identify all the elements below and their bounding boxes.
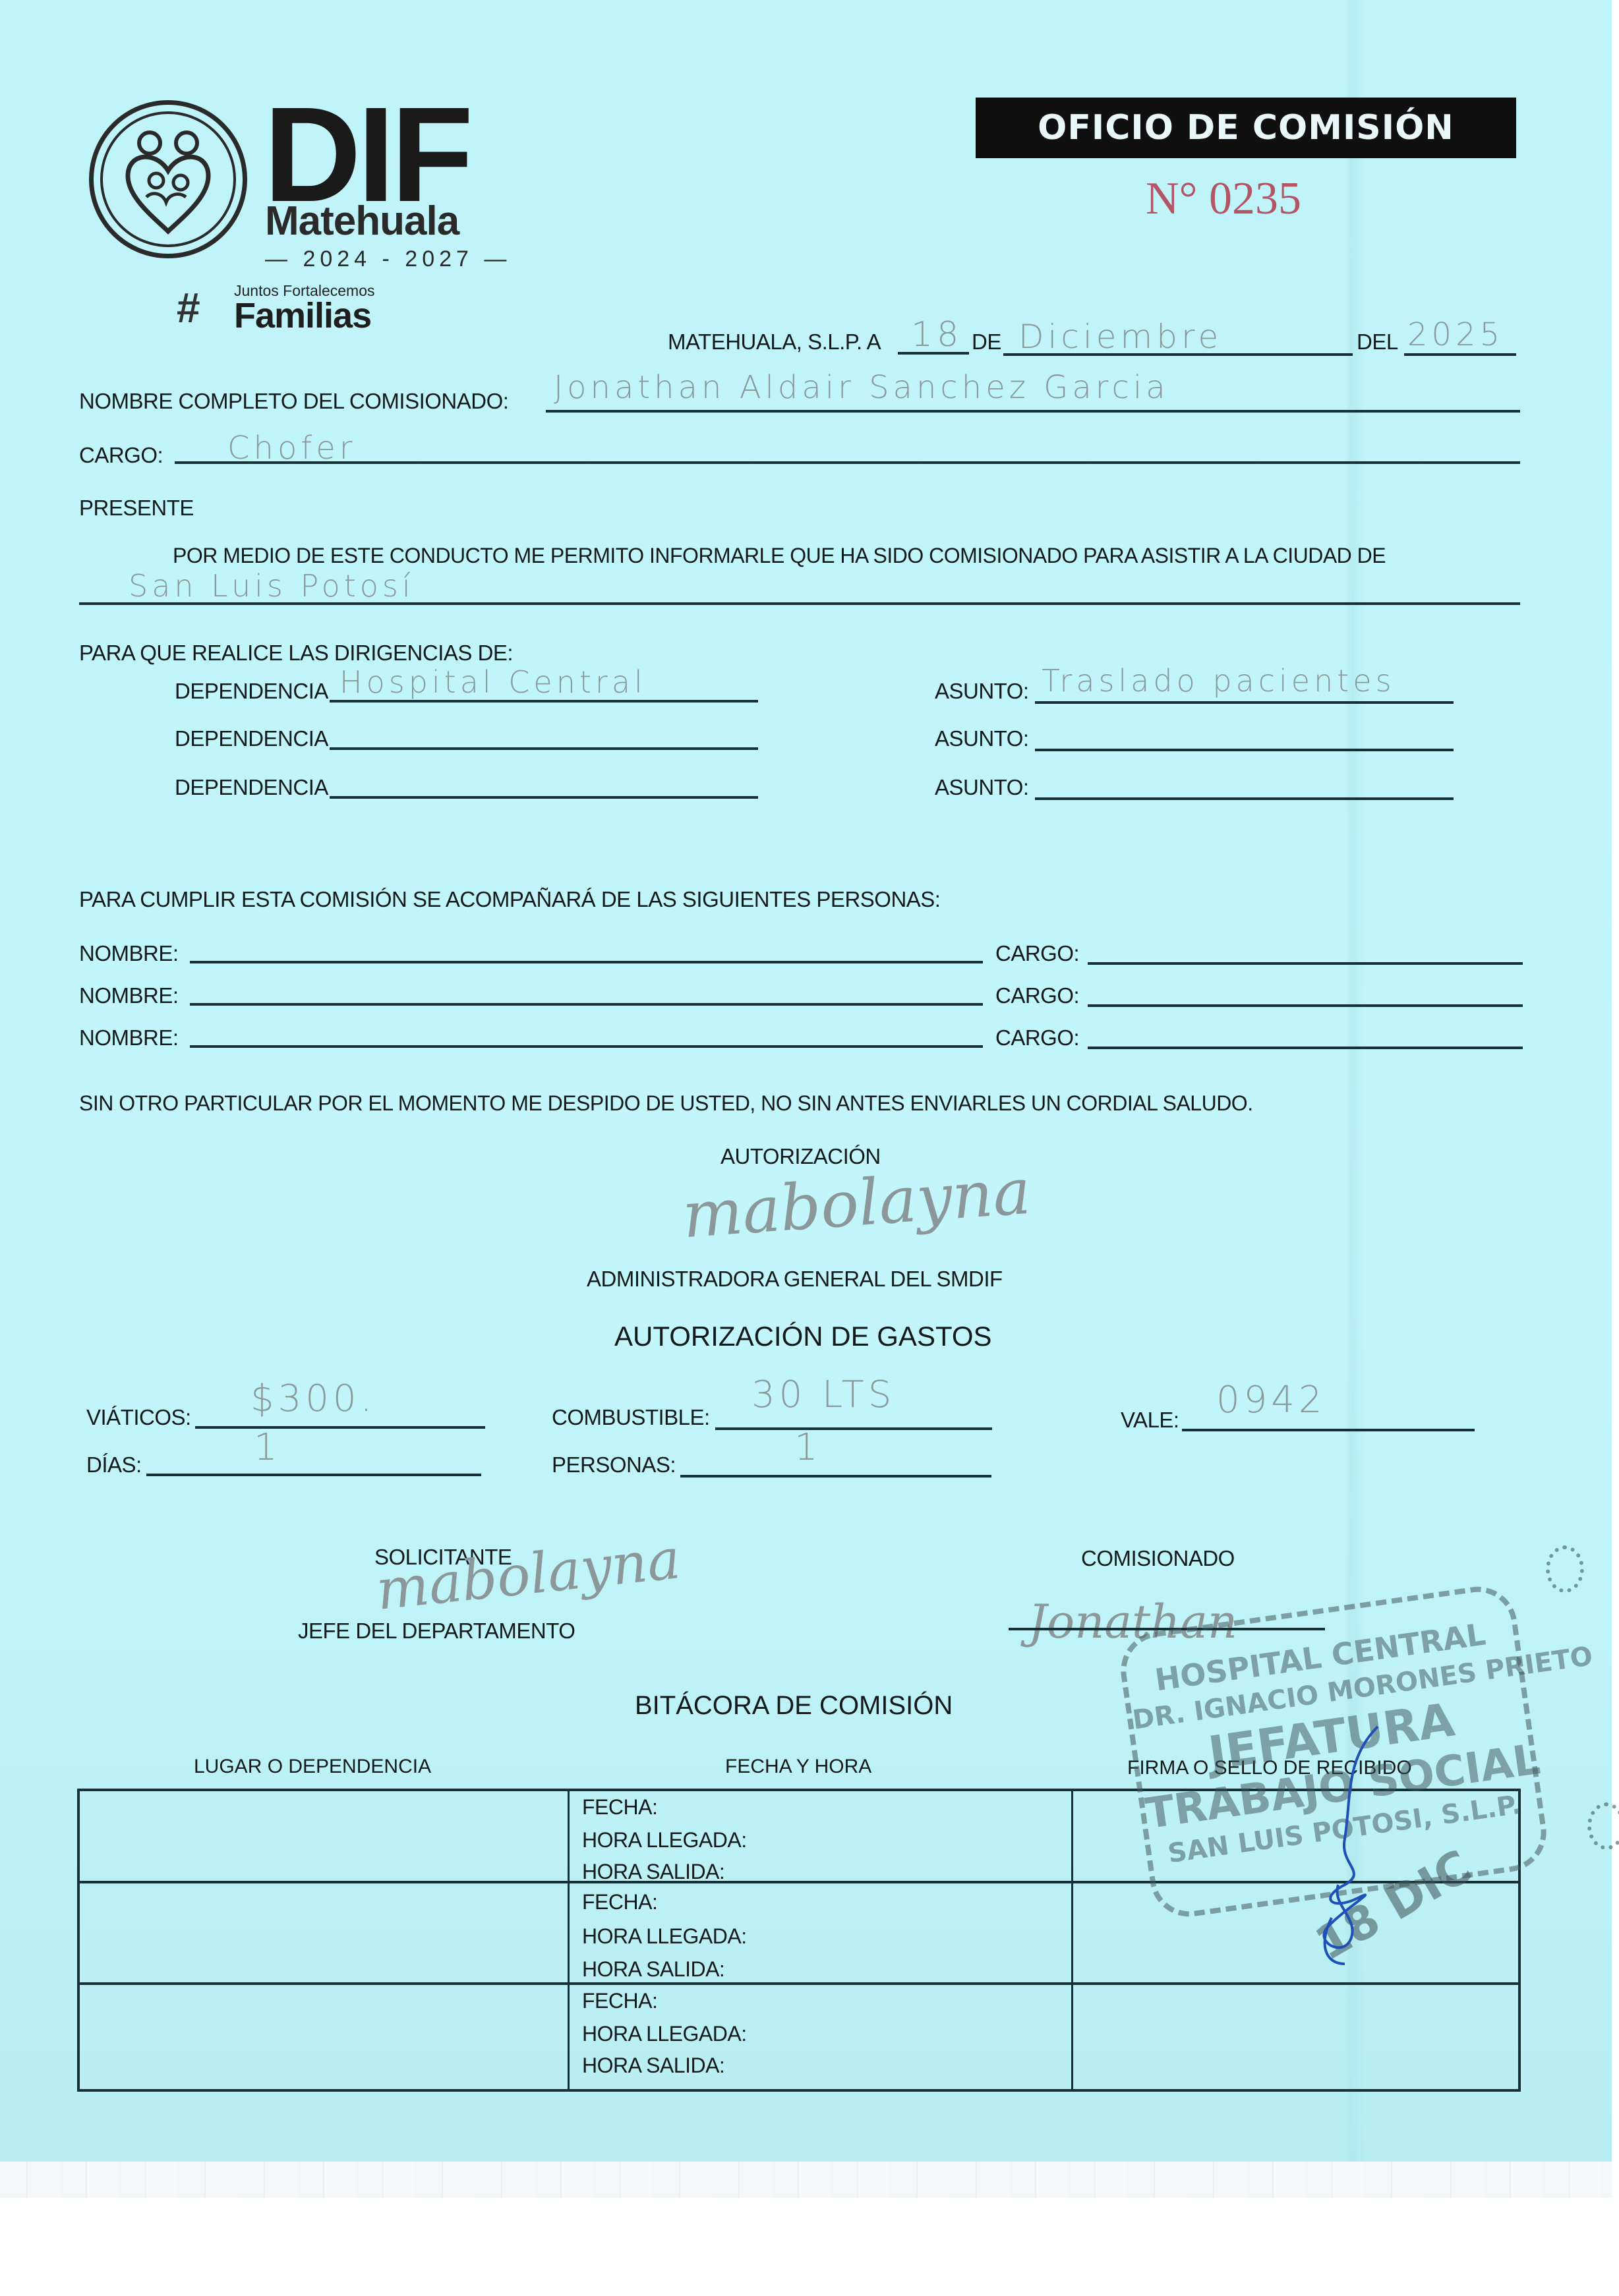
col-divider xyxy=(1071,1791,1073,2089)
folio-number: N° 0235 xyxy=(1146,173,1301,225)
asunto-label: ASUNTO: xyxy=(935,726,1029,751)
personas-label: PERSONAS: xyxy=(552,1452,676,1478)
combustible-label: COMBUSTIBLE: xyxy=(552,1405,710,1430)
col-divider xyxy=(568,1791,570,2089)
vale-field[interactable] xyxy=(1182,1429,1475,1431)
log-col-fecha: FECHA Y HORA xyxy=(725,1756,871,1778)
document-title: OFICIO DE COMISIÓN xyxy=(976,98,1516,158)
commissioned-cargo-value: Chofer xyxy=(227,430,356,467)
scan-edge xyxy=(0,2162,1612,2198)
date-place-label: MATEHUALA, S.L.P. A xyxy=(668,330,881,355)
vale-label: VALE: xyxy=(1121,1408,1179,1433)
dias-value: 1 xyxy=(254,1426,281,1469)
log-llegada-label: HORA LLEGADA: xyxy=(582,2022,747,2046)
row-divider xyxy=(80,1982,1518,1985)
dias-label: DÍAS: xyxy=(86,1452,142,1478)
dependencia-field[interactable] xyxy=(330,796,758,799)
authorization-signer-title: ADMINISTRADORA GENERAL DEL SMDIF xyxy=(587,1267,1003,1292)
vale-value: 0942 xyxy=(1216,1379,1326,1421)
asunto-field[interactable] xyxy=(1035,749,1454,751)
dependencia-label: DEPENDENCIA xyxy=(175,726,328,751)
dependencia-label: DEPENDENCIA xyxy=(175,775,328,800)
acompanante-cargo-label: CARGO: xyxy=(995,1025,1079,1050)
day-value: 18 xyxy=(911,315,962,355)
brand-period: — 2024 - 2027 — xyxy=(265,246,511,272)
acompanante-nombre-field[interactable] xyxy=(190,961,983,963)
year-value: 2025 xyxy=(1407,316,1504,353)
asunto-label: ASUNTO: xyxy=(935,679,1029,704)
asunto-value: Traslado pacientes xyxy=(1042,663,1396,699)
log-salida-label: HORA SALIDA: xyxy=(582,1957,724,1982)
brand-city: Matehuala xyxy=(265,198,459,244)
viaticos-value: $300. xyxy=(250,1377,376,1420)
acompanante-nombre-field[interactable] xyxy=(190,1003,983,1006)
receipt-signature xyxy=(1305,1720,1424,1970)
log-salida-label: HORA SALIDA: xyxy=(582,2053,724,2078)
log-llegada-label: HORA LLEGADA: xyxy=(582,1828,747,1852)
acompanante-cargo-field[interactable] xyxy=(1088,1047,1523,1049)
acompanante-cargo-label: CARGO: xyxy=(995,983,1079,1008)
hole-punch-mark xyxy=(1546,1545,1584,1593)
month-value: Diciembre xyxy=(1018,318,1222,356)
closing-text: SIN OTRO PARTICULAR POR EL MOMENTO ME DE… xyxy=(79,1091,1253,1116)
year-field[interactable] xyxy=(1404,353,1516,356)
destination-city-field[interactable] xyxy=(79,602,1520,605)
commissioned-name-value: Jonathan Aldair Sanchez Garcia xyxy=(554,369,1169,406)
date-de-label: DE xyxy=(972,330,1001,355)
intro-text: POR MEDIO DE ESTE CONDUCTO ME PERMITO IN… xyxy=(173,544,1386,568)
date-del-label: DEL xyxy=(1357,330,1398,355)
log-fecha-label: FECHA: xyxy=(582,1795,657,1820)
hashtag-heart-icon: # xyxy=(177,283,200,332)
log-fecha-label: FECHA: xyxy=(582,1890,657,1914)
authorization-label: AUTORIZACIÓN xyxy=(721,1144,881,1169)
acompanante-nombre-label: NOMBRE: xyxy=(79,1025,179,1050)
acompanantes-label: PARA CUMPLIR ESTA COMISIÓN SE ACOMPAÑARÁ… xyxy=(79,887,940,912)
asunto-field[interactable] xyxy=(1035,797,1454,800)
log-llegada-label: HORA LLEGADA: xyxy=(582,1924,747,1949)
expenses-title: AUTORIZACIÓN DE GASTOS xyxy=(614,1321,992,1352)
destination-city-value: San Luis Potosí xyxy=(129,568,415,604)
dependencia-label: DEPENDENCIA xyxy=(175,679,328,704)
commissioned-cargo-field[interactable] xyxy=(175,461,1520,464)
dirigencias-label: PARA QUE REALICE LAS DIRIGENCIAS DE: xyxy=(79,641,513,666)
dependencia-field[interactable] xyxy=(330,700,758,703)
presente-label: PRESENTE xyxy=(79,496,194,521)
commissioned-name-label: NOMBRE COMPLETO DEL COMISIONADO: xyxy=(79,389,508,414)
combustible-field[interactable] xyxy=(715,1427,992,1430)
personas-field[interactable] xyxy=(680,1475,991,1478)
asunto-field[interactable] xyxy=(1035,701,1454,704)
comisionado-label: COMISIONADO xyxy=(1081,1546,1235,1571)
acompanante-cargo-field[interactable] xyxy=(1088,1004,1523,1007)
commissioned-cargo-label: CARGO: xyxy=(79,443,163,468)
dependencia-value: Hospital Central xyxy=(339,664,647,700)
personas-value: 1 xyxy=(794,1426,822,1469)
log-salida-label: HORA SALIDA: xyxy=(582,1860,724,1884)
acompanante-cargo-label: CARGO: xyxy=(995,941,1079,966)
dias-field[interactable] xyxy=(146,1474,481,1476)
slogan-big: Familias xyxy=(234,295,371,336)
family-heart-icon xyxy=(89,100,247,258)
asunto-label: ASUNTO: xyxy=(935,775,1029,800)
viaticos-label: VIÁTICOS: xyxy=(86,1405,191,1430)
commissioned-name-field[interactable] xyxy=(546,410,1520,413)
solicitante-title: JEFE DEL DEPARTAMENTO xyxy=(298,1619,575,1644)
acompanante-nombre-label: NOMBRE: xyxy=(79,941,179,966)
viaticos-field[interactable] xyxy=(195,1426,485,1429)
log-fecha-label: FECHA: xyxy=(582,1989,657,2013)
combustible-value: 30 LTS xyxy=(751,1373,895,1416)
acompanante-nombre-field[interactable] xyxy=(190,1045,983,1048)
log-title: BITÁCORA DE COMISIÓN xyxy=(635,1691,953,1721)
log-col-lugar: LUGAR O DEPENDENCIA xyxy=(194,1756,431,1778)
acompanante-cargo-field[interactable] xyxy=(1088,962,1523,965)
acompanante-nombre-label: NOMBRE: xyxy=(79,983,179,1008)
dependencia-field[interactable] xyxy=(330,747,758,750)
